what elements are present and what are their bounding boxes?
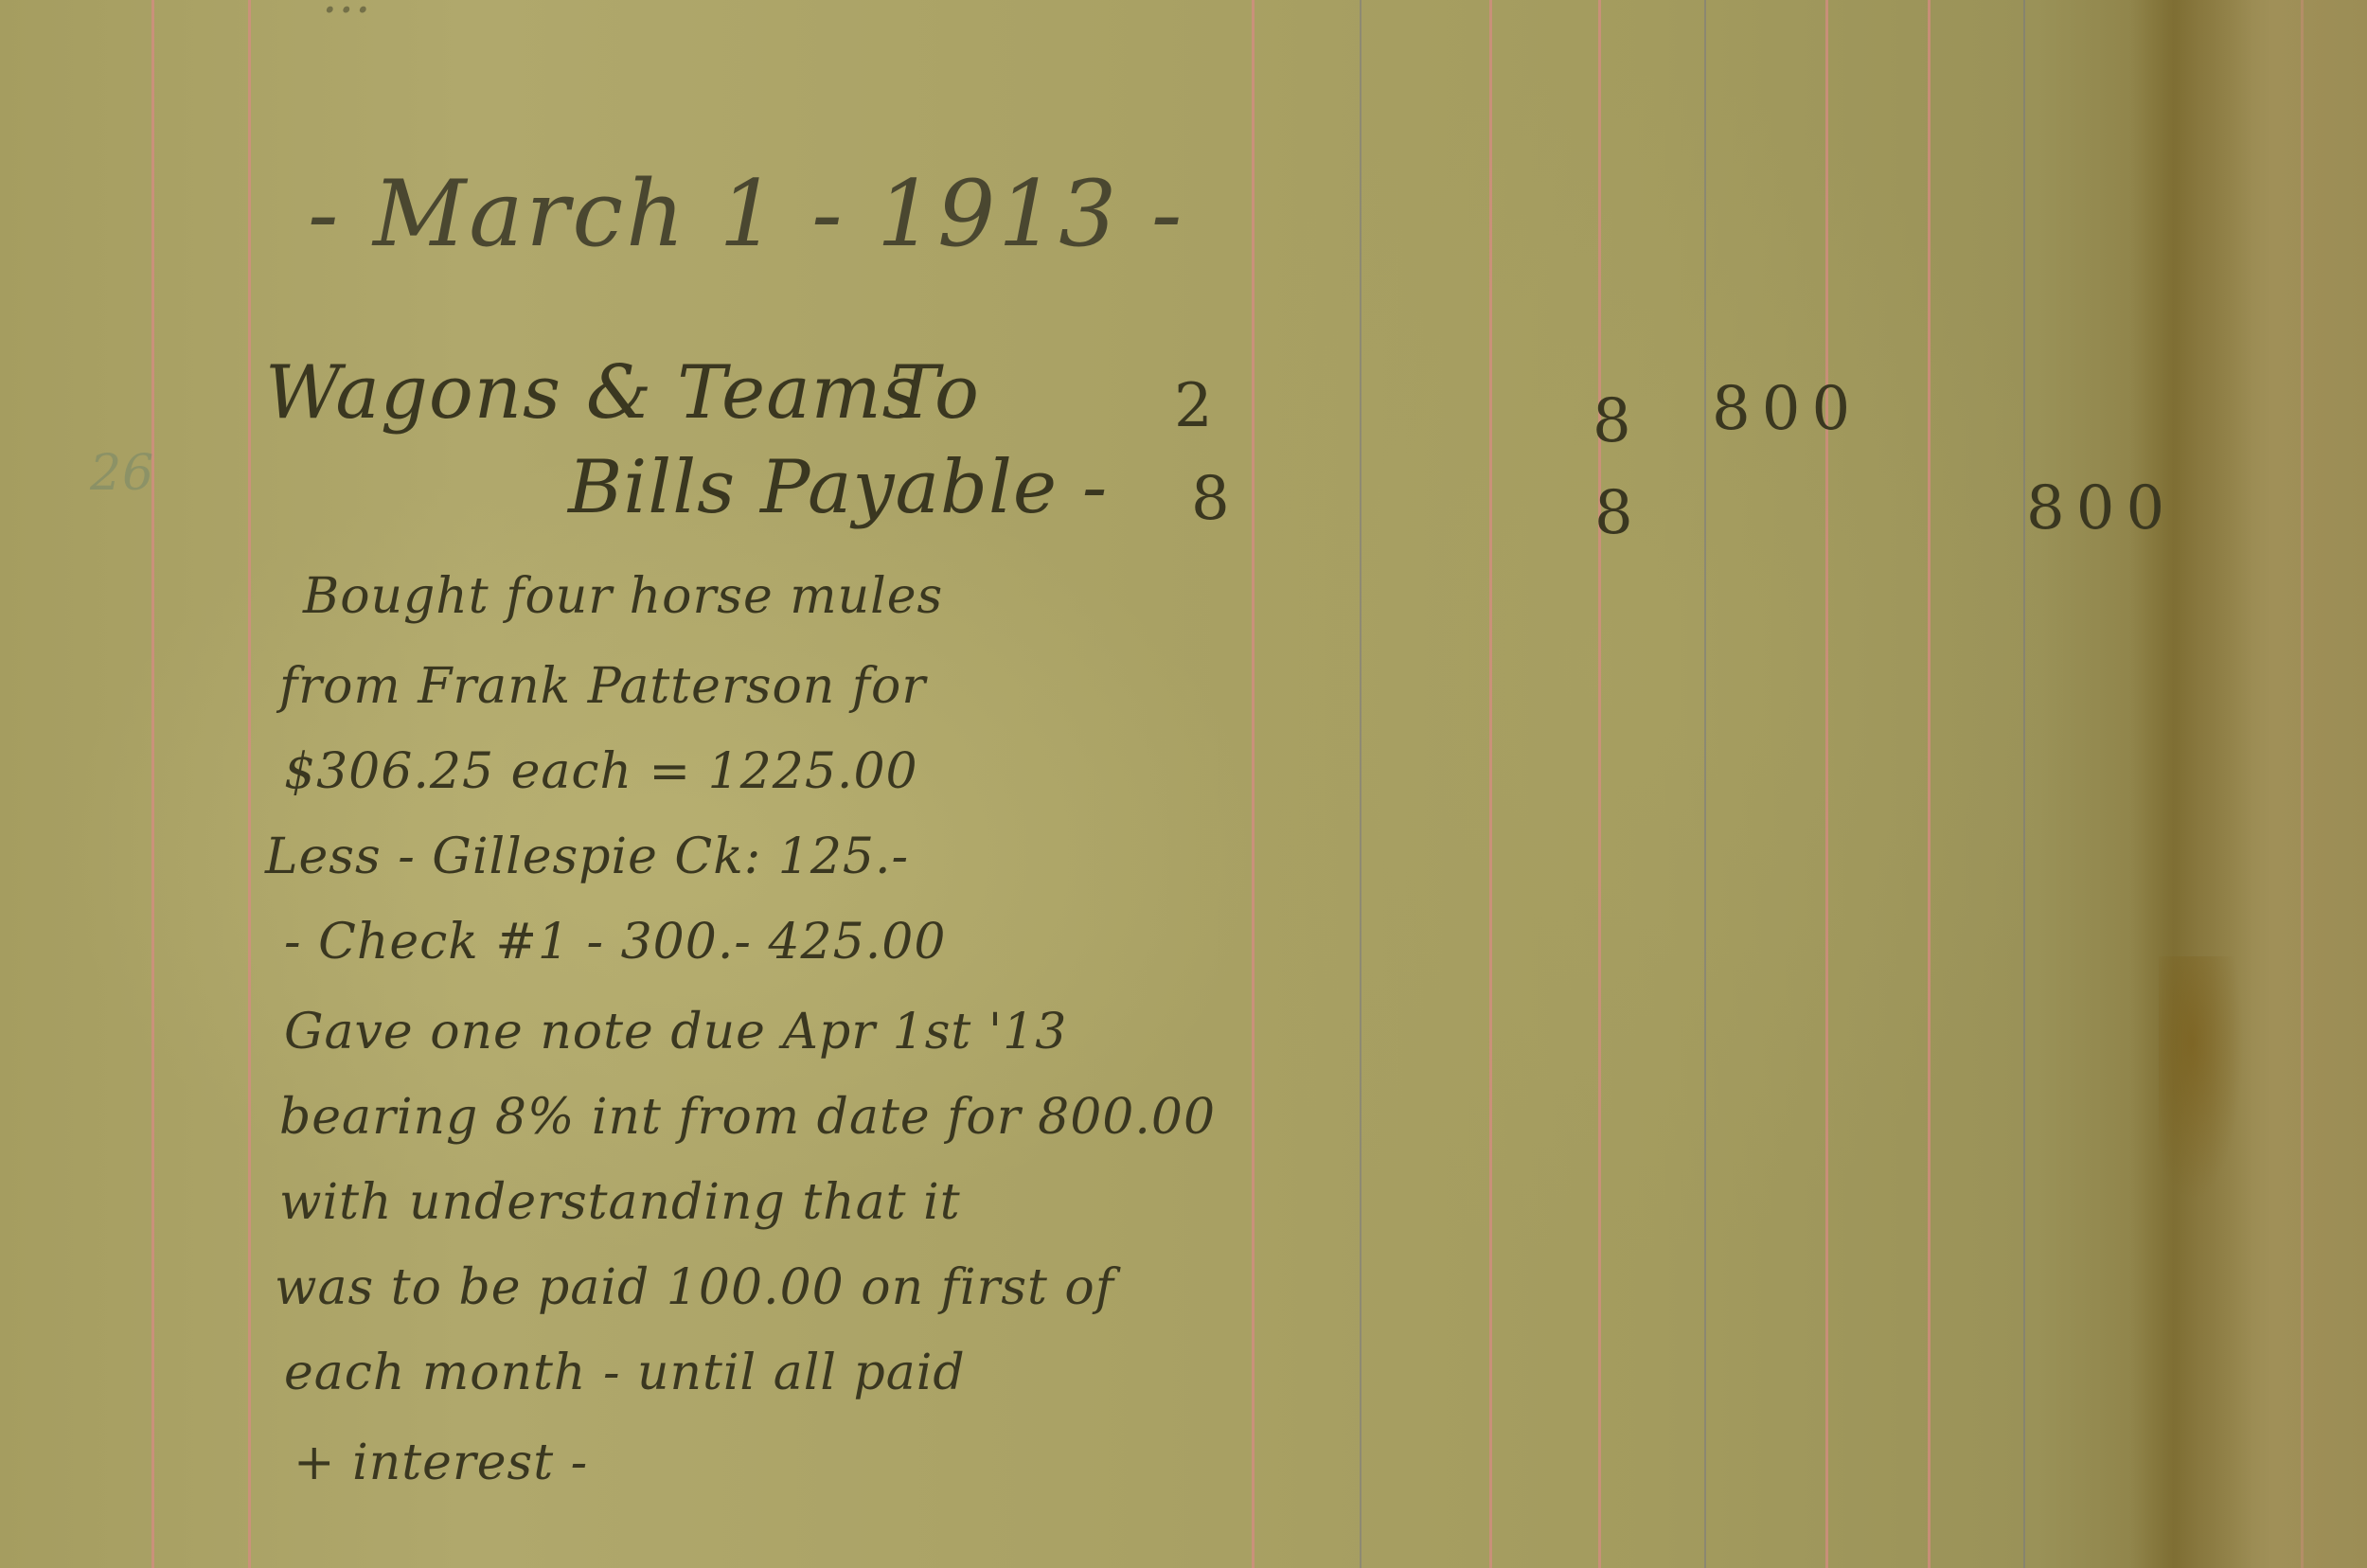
- credit-account: Bills Payable -: [568, 445, 1108, 530]
- column-rule-blue: [1360, 0, 1361, 1568]
- ledger-page: ... 26 - March 1 - 1913 - Wagons & Teams…: [0, 0, 2367, 1568]
- description-line: + interest -: [294, 1434, 588, 1491]
- column-rule-red: [1252, 0, 1255, 1568]
- column-rule-blue: [2023, 0, 2025, 1568]
- margin-rule-red: [248, 0, 251, 1568]
- description-line: was to be paid 100.00 on first of: [275, 1259, 1114, 1316]
- description-line: from Frank Patterson for: [279, 658, 926, 715]
- description-line: - Check #1 - 300.- 425.00: [284, 914, 946, 971]
- column-rule-blue: [1704, 0, 1706, 1568]
- debit-ref: 8: [1593, 386, 1643, 456]
- credit-ref: 8: [1594, 478, 1645, 548]
- water-stain: [2159, 956, 2244, 1203]
- debit-folio: 2: [1174, 371, 1224, 441]
- description-line: Bought four horse mules: [303, 568, 943, 625]
- description-line: bearing 8% int from date for 800.00: [279, 1089, 1216, 1146]
- column-rule-red: [1598, 0, 1601, 1568]
- debit-amount: 800: [1712, 374, 1861, 444]
- credit-folio: 8: [1191, 464, 1241, 534]
- margin-ghost-text: 26: [90, 445, 154, 502]
- column-rule-red: [1825, 0, 1828, 1568]
- next-page-rule: [2301, 0, 2304, 1568]
- description-line: Gave one note due Apr 1st '13: [284, 1004, 1067, 1060]
- date-heading: - March 1 - 1913 -: [308, 161, 1184, 267]
- book-gutter: [2130, 0, 2253, 1568]
- description-line: $306.25 each = 1225.00: [284, 743, 918, 800]
- cutoff-text: ...: [322, 0, 372, 25]
- description-line: each month - until all paid: [284, 1345, 966, 1401]
- column-rule-red: [1928, 0, 1931, 1568]
- column-rule-red: [1489, 0, 1492, 1568]
- description-line: with understanding that it: [279, 1174, 961, 1231]
- margin-rule-red: [151, 0, 154, 1568]
- description-line: Less - Gillespie Ck: 125.-: [265, 829, 909, 885]
- credit-amount: 800: [2026, 473, 2176, 543]
- debit-account: Wagons & Teams: [265, 350, 921, 436]
- to-word: To: [890, 350, 980, 436]
